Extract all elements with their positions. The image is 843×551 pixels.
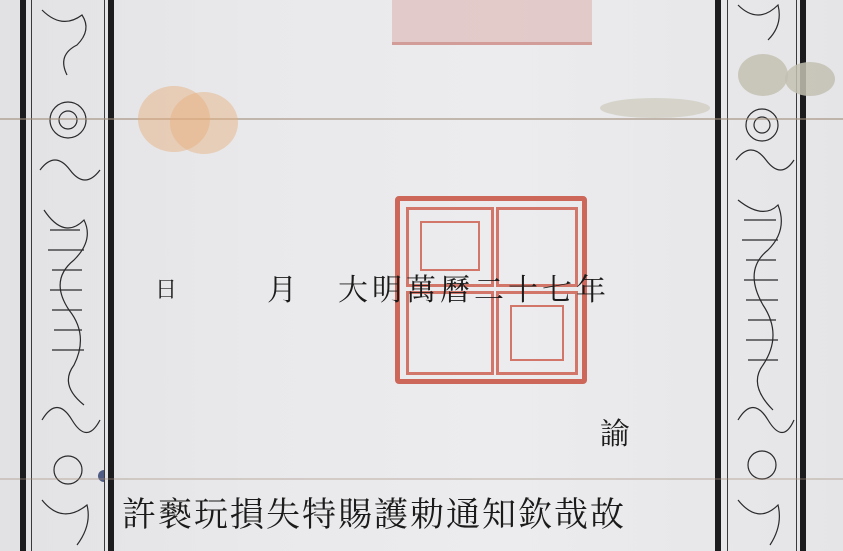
edict-body-line: 許褻玩損失特賜護勅通知欽哉故 <box>122 498 626 532</box>
fold-line-top <box>0 118 843 120</box>
fold-line-bottom <box>0 478 843 480</box>
edict-heading: 諭 <box>600 420 630 450</box>
month-label: 月 <box>267 276 297 306</box>
paper-patch <box>738 54 788 96</box>
day-label: 日 <box>155 280 177 302</box>
ink-blot <box>98 470 104 482</box>
dragon-border-left <box>32 0 104 551</box>
water-stain-2 <box>170 92 238 154</box>
faded-seal <box>392 0 592 45</box>
left-border-outer-line <box>20 0 26 551</box>
paper-patch-3 <box>600 98 710 118</box>
left-border-inner-line-2 <box>104 0 105 551</box>
right-border-outer-line <box>715 0 721 551</box>
date-line: 大明萬曆二十七年 <box>338 276 610 306</box>
paper-patch-2 <box>785 62 835 96</box>
left-border-outer-line-2 <box>108 0 114 551</box>
